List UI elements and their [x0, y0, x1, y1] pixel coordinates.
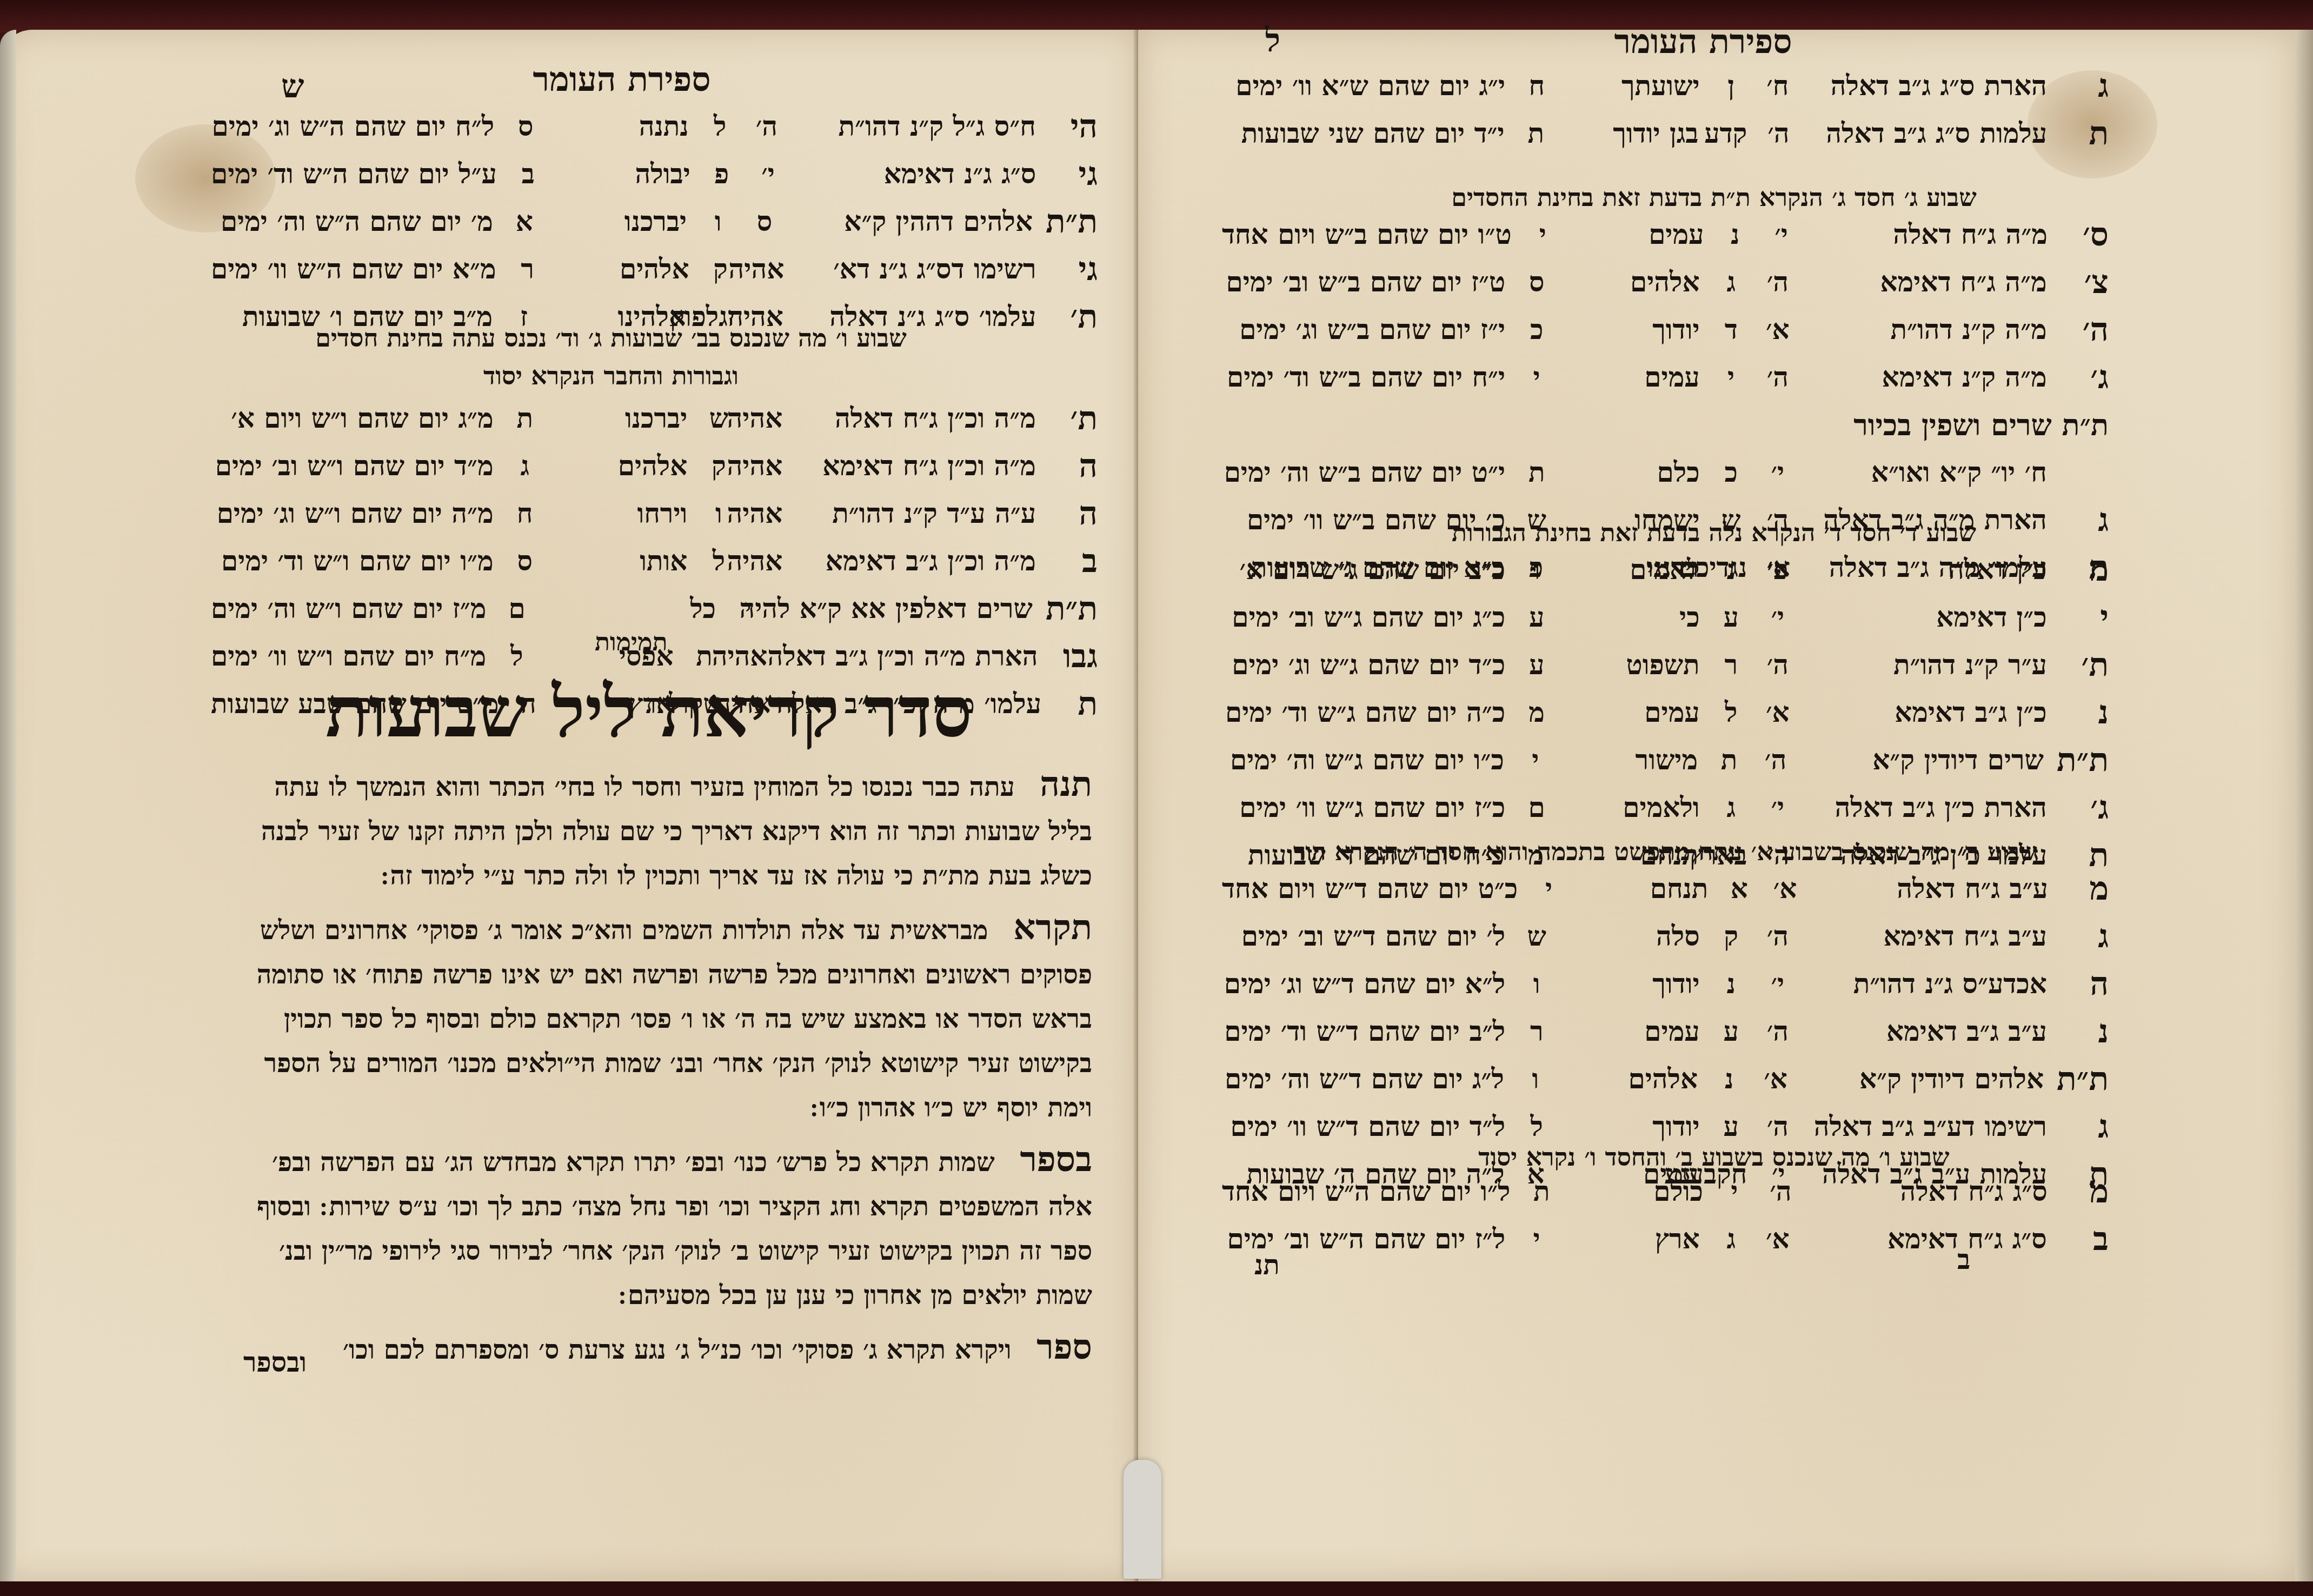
omer-row: ת עלמות ס״ג ג״ב דאלה ה׳ קדע בגן יודוך ת …	[1222, 110, 2109, 157]
left-page-edges	[0, 30, 16, 1581]
omer-row: נ ע״ב ג״ב דאימא ה׳ ע עמים ר ל״ב יום שהם …	[1222, 1008, 2109, 1055]
right-page-mark: ל	[1265, 22, 1280, 59]
omer-row: גי רשימו דס״ג ג״נ דא׳ אהיה ק אלהים ר מ״א…	[211, 245, 1098, 293]
paragraph: תנה עתה כבר נכנסו כל המוחין בזעיר וחסר ל…	[227, 762, 1092, 898]
paragraph: תקרא מבראשית עד אלה תולדות השמים והא״כ א…	[227, 906, 1092, 1130]
omer-row: ג׳ מ״ה ק״נ דאימא ה׳ י עמים י י״ח יום שהם…	[1222, 354, 2109, 401]
omer-row: ה׳ מ״ה ק״נ דהו״ת א׳ ד יודוך כ י״ז יום שה…	[1222, 306, 2109, 354]
left-page-mark: ש	[281, 68, 304, 105]
paragraph: בספר שמות תקרא כל פרש׳ כנו׳ ובפ׳ יתרו תק…	[227, 1138, 1092, 1318]
tiferet-line: ת״ת שרים ושפין בכיור	[1222, 401, 2109, 449]
omer-row: ג׳ הארת כ״ן ג״ב דאלה י׳ ג ולאמים ם כ״ז י…	[1222, 784, 2109, 832]
left-running-head: ספירת העומר	[460, 59, 784, 99]
binding-tab	[1124, 1460, 1161, 1579]
omer-row: ה מ״ה וכ״ן ג״ח דאימא אהיה ק אלהים ג מ״ד …	[211, 442, 1098, 490]
main-title: סדר קריאת ליל שבועות	[324, 670, 973, 754]
omer-row: מ ס״ג ג״ח דאלה ה׳ י כולם ת ל״ו יום שהם ה…	[1222, 1168, 2109, 1215]
omer-row: ת״ת אלהים דיודין ק״א א׳ נ אלהים ו ל״ג יו…	[1222, 1055, 2109, 1103]
omer-row: י כ״ן דאימא י׳ ע כי ע כ״ג יום שהם ג״ש וב…	[1222, 594, 2109, 641]
paragraph: ספר ויקרא תקרא ג׳ פסוקי׳ וכו׳ כנ״ל ג׳ נג…	[227, 1325, 1092, 1372]
omer-row: צ׳ מ״ה ג״ח דאימא ה׳ ג אלהים ס ט״ז יום שה…	[1222, 258, 2109, 306]
omer-table-week-6: מ ס״ג ג״ח דאלה ה׳ י כולם ת ל״ו יום שהם ה…	[1222, 1168, 2109, 1263]
omer-row: הי ח״ס ג״ל ק״נ דהו״ת ה׳ ל נתנה ס ל״ח יום…	[211, 103, 1098, 150]
omer-row: מ כ״ן דאלה פ׳ נ לאמים ו כ״ב יום שהם ג״ש …	[1222, 546, 2109, 594]
omer-row: ה ע״ה ע״ד ק״נ דהו״ת אהיה ו וירחו ח מ״ה י…	[211, 490, 1098, 537]
left-catchword: ובספר	[243, 1346, 307, 1378]
omer-row: ס׳ מ״ה ג״ח דאלה י׳ נ עמים י ט״ו יום שהם …	[1222, 211, 2109, 258]
omer-row: ג הארת ס״ג ג״ב דאלה ח׳ ן ישועתך ח י״ג יו…	[1222, 62, 2109, 110]
omer-row: נ כ״ן ג״ב דאימא א׳ ל עמים מ כ״ה יום שהם …	[1222, 689, 2109, 736]
omer-row: ת״ת אלהים דההין ק״א ס ו יברכנו א מ׳ יום …	[211, 198, 1098, 245]
omer-row: ח׳ יו״ ק״א ואו״א י׳ כ כלם ת י״ט יום שהם …	[1222, 449, 2109, 496]
right-catchword: תנ	[1254, 1249, 1280, 1281]
signature-mark: ב	[1957, 1243, 1970, 1275]
omer-row: ת״ת שרים דיודין ק״א ה׳ ת מישור י כ״ו יום…	[1222, 736, 2109, 784]
omer-row: ת׳ מ״ה וכ״ן ג״ח דאלה אהיה ש יברכנו ת מ״ג…	[211, 395, 1098, 442]
left-omer-table-top: הי ח״ס ג״ל ק״נ דהו״ת ה׳ ל נתנה ס ל״ח יום…	[211, 103, 1098, 341]
left-section-heading: שבוע ו׳ מה שנכנס בב׳ שבועות ג׳ וד׳ נכנס …	[227, 319, 995, 395]
omer-row: ת׳ ע״ר ק״נ דהו״ת ה׳ ר תשפוט ע כ״ד יום שה…	[1222, 641, 2109, 689]
omer-table-week-4: מ כ״ן דאלה פ׳ נ לאמים ו כ״ב יום שהם ג״ש …	[1222, 546, 2109, 879]
omer-row: ה אכדע״ס ג״נ דהו״ת י׳ נ יודוך ו ל״א יום …	[1222, 960, 2109, 1008]
omer-row: גי ס״ג ג״נ דאימא י׳ פ יבולה ב ע״ל יום שה…	[211, 150, 1098, 198]
right-omer-table-top: ג הארת ס״ג ג״ב דאלה ח׳ ן ישועתך ח י״ג יו…	[1222, 62, 2109, 157]
instructions-text: תנה עתה כבר נכנסו כל המוחין בזעיר וחסר ל…	[227, 762, 1092, 1372]
omer-row: ג ע״ב ג״ח דאימא ה׳ ק סלה ש ל׳ יום שהם ד״…	[1222, 913, 2109, 960]
omer-row: ב ס״ג ג״ח דאימא א׳ ג ארץ י ל״ז יום שהם ה…	[1222, 1215, 2109, 1263]
omer-row: ת״ת שרים דאלפין אא ק״א להיה י כל ם מ״ז י…	[211, 585, 1098, 633]
right-running-head: ספירת העומר	[1541, 22, 1865, 62]
right-page-edges	[2295, 30, 2313, 1581]
book-cover-top	[0, 0, 2313, 32]
omer-end-word: תמימות	[595, 627, 667, 656]
omer-row: ב מ״ה וכ״ן ג״ב דאימא אהיה ל אותו ס מ״ו י…	[211, 537, 1098, 585]
omer-row: מ ע״ב ג״ח דאלה א׳ א תנחם י כ״ט יום שהם ד…	[1222, 865, 2109, 913]
